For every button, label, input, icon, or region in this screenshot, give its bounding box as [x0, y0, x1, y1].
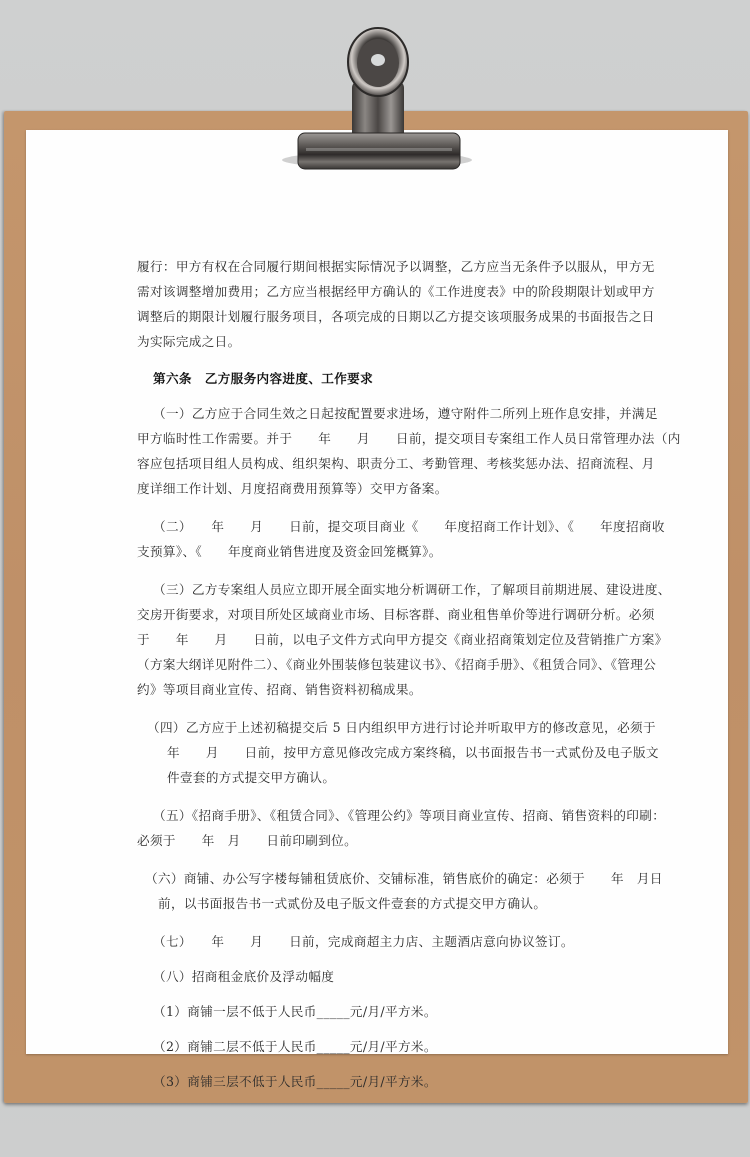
intro-line: 调整后的期限计划履行服务项目，各项完成的日期以乙方提交该项服务成果的书面报告之日 — [137, 304, 619, 329]
item-line: 于 年 月 日前，以电子文件方式向甲方提交《商业招商策划定位及营销推广方案》 — [137, 627, 619, 652]
item-1: （一）乙方应于合同生效之日起按配置要求进场，遵守附件二所列上班作息安排，并满足 … — [137, 401, 619, 501]
rent-floor-2: （2）商铺二层不低于人民币_____元/月/平方米。 — [137, 1034, 619, 1059]
item-8: （八）招商租金底价及浮动幅度 — [137, 964, 619, 989]
rent-floor-3: （3）商铺三层不低于人民币_____元/月/平方米。 — [137, 1069, 619, 1094]
item-line: （二） 年 月 日前，提交项目商业《 年度招商工作计划》、《 年度招商收 — [137, 514, 619, 539]
item-line: （七） 年 月 日前，完成商超主力店、主题酒店意向协议签订。 — [137, 929, 619, 954]
item-line: 甲方临时性工作需要。并于 年 月 日前，提交项目专案组工作人员日常管理办法（内 — [137, 426, 619, 451]
rent-floor-line: （3）商铺三层不低于人民币_____元/月/平方米。 — [137, 1069, 619, 1094]
item-line: 交房开街要求，对项目所处区域商业市场、目标客群、商业租售单价等进行调研分析。必须 — [137, 602, 619, 627]
item-2: （二） 年 月 日前，提交项目商业《 年度招商工作计划》、《 年度招商收 支预算… — [137, 514, 619, 564]
item-line: （五）《招商手册》、《租赁合同》、《管理公约》等项目商业宣传、招商、销售资料的印… — [137, 803, 619, 828]
item-line: （八）招商租金底价及浮动幅度 — [137, 964, 619, 989]
item-6: （六）商铺、办公写字楼每铺租赁底价、交铺标准，销售底价的确定：必须于 年 月日 … — [137, 866, 619, 916]
item-line: 约》等项目商业宣传、招商、销售资料初稿成果。 — [137, 677, 619, 702]
item-line: （六）商铺、办公写字楼每铺租赁底价、交铺标准，销售底价的确定：必须于 年 月日 — [137, 866, 619, 891]
item-4: （四）乙方应于上述初稿提交后 5 日内组织甲方进行讨论并听取甲方的修改意见，必须… — [137, 715, 619, 790]
rent-floor-line: （2）商铺二层不低于人民币_____元/月/平方米。 — [137, 1034, 619, 1059]
item-line: 前，以书面报告书一式贰份及电子版文件壹套的方式提交甲方确认。 — [137, 891, 619, 916]
intro-paragraph: 履行：甲方有权在合同履行期间根据实际情况予以调整，乙方应当无条件予以服从，甲方无… — [137, 254, 619, 354]
item-5: （五）《招商手册》、《租赁合同》、《管理公约》等项目商业宣传、招商、销售资料的印… — [137, 803, 619, 853]
item-line: （四）乙方应于上述初稿提交后 5 日内组织甲方进行讨论并听取甲方的修改意见，必须… — [137, 715, 619, 740]
item-line: 支预算》、《 年度商业销售进度及资金回笼概算》。 — [137, 539, 619, 564]
intro-line: 需对该调整增加费用；乙方应当根据经甲方确认的《工作进度表》中的阶段期限计划或甲方 — [137, 279, 619, 304]
intro-line: 履行：甲方有权在合同履行期间根据实际情况予以调整，乙方应当无条件予以服从，甲方无 — [137, 254, 619, 279]
section-heading: 第六条 乙方服务内容进度、工作要求 — [153, 367, 619, 391]
item-line: 度详细工作计划、月度招商费用预算等）交甲方备案。 — [137, 476, 619, 501]
intro-line: 为实际完成之日。 — [137, 329, 619, 354]
item-line: 必须于 年 月 日前印刷到位。 — [137, 828, 619, 853]
item-line: 件壹套的方式提交甲方确认。 — [137, 765, 619, 790]
rent-floor-1: （1）商铺一层不低于人民币_____元/月/平方米。 — [137, 999, 619, 1024]
item-line: 年 月 日前，按甲方意见修改完成方案终稿，以书面报告书一式贰份及电子版文 — [137, 740, 619, 765]
document-body: 履行：甲方有权在合同履行期间根据实际情况予以调整，乙方应当无条件予以服从，甲方无… — [137, 254, 619, 1104]
rent-floor-line: （1）商铺一层不低于人民币_____元/月/平方米。 — [137, 999, 619, 1024]
item-line: 容应包括项目组人员构成、组织架构、职责分工、考勤管理、考核奖惩办法、招商流程、月 — [137, 451, 619, 476]
item-line: （方案大纲详见附件二）、《商业外围装修包装建议书》、《招商手册》、《租赁合同》、… — [137, 652, 619, 677]
item-7: （七） 年 月 日前，完成商超主力店、主题酒店意向协议签订。 — [137, 929, 619, 954]
item-line: （三）乙方专案组人员应立即开展全面实地分析调研工作，了解项目前期进展、建设进度、 — [137, 577, 619, 602]
item-line: （一）乙方应于合同生效之日起按配置要求进场，遵守附件二所列上班作息安排，并满足 — [137, 401, 619, 426]
item-3: （三）乙方专案组人员应立即开展全面实地分析调研工作，了解项目前期进展、建设进度、… — [137, 577, 619, 702]
